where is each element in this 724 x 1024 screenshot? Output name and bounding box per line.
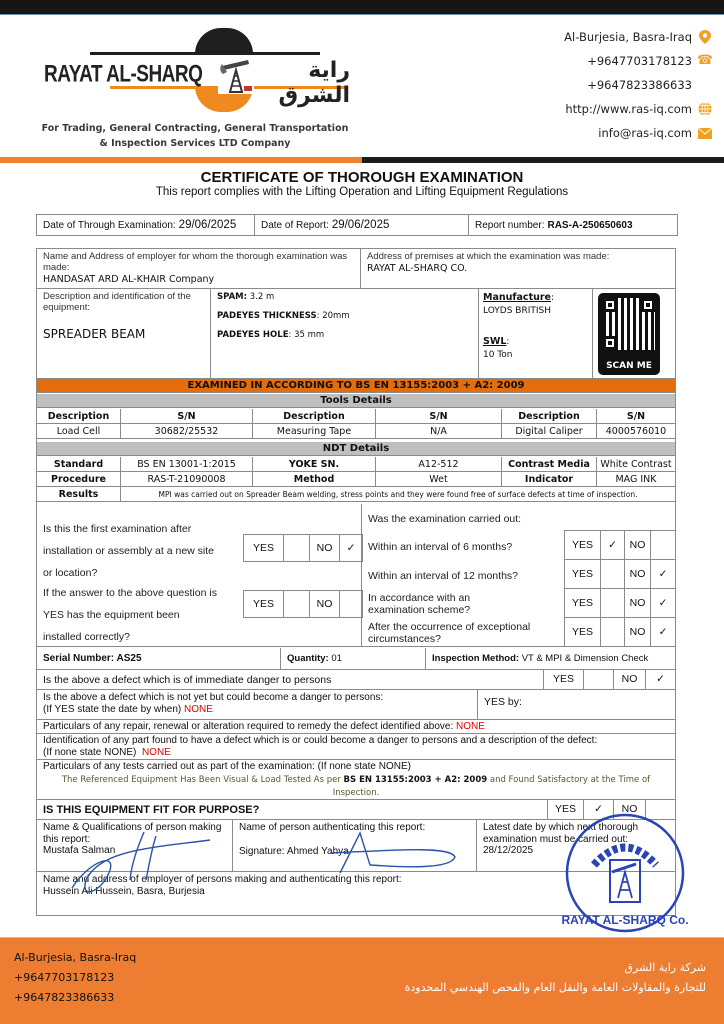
interval-question: After the occurrence of exceptional circ… (368, 621, 538, 645)
qr-cell: SCAN ME (593, 289, 675, 378)
employer-label: Name and Address of employer for whom th… (43, 251, 354, 273)
quantity-cell: Quantity: 01 (281, 648, 426, 669)
oil-rig-icon (218, 58, 254, 94)
serial-number: Serial Number: AS25 (37, 648, 281, 669)
yes-checkbox[interactable] (601, 618, 625, 646)
equipment-name: SPREADER BEAM (43, 327, 204, 341)
spam-spec: SPAM: 3.2 m (217, 292, 472, 302)
authenticator-cell: Name of person authenticating this repor… (233, 820, 477, 871)
website-link[interactable]: http://www.ras-iq.com (565, 99, 692, 119)
qr-code[interactable]: SCAN ME (598, 293, 660, 375)
quantity-value: 01 (331, 653, 342, 664)
phone-text: +9647823386633 (587, 75, 692, 95)
yes-checkbox[interactable] (601, 560, 625, 588)
header-divider (0, 157, 724, 163)
none-value: NONE (184, 704, 213, 715)
gear-icon (195, 28, 253, 54)
interval-questions: Was the examination carried out: Within … (361, 504, 675, 646)
future-danger-row: Is the above a defect which is not yet b… (37, 690, 675, 720)
no-checkbox[interactable]: ✓ (651, 589, 675, 617)
none-value: NONE (456, 721, 485, 732)
tagline-line: & Inspection Services LTD Company (30, 136, 360, 151)
table-row: Procedure RAS-T-21090008 Method Wet Indi… (37, 472, 675, 487)
inspection-method-cell: Inspection Method: VT & MPI & Dimension … (426, 648, 675, 669)
certificate-title: CERTIFICATE OF THOROUGH EXAMINATION (0, 169, 724, 186)
interval-yes-no: YES✓NO (564, 530, 675, 559)
no-checkbox[interactable]: ✓ (651, 618, 675, 646)
report-date-value: 29/06/2025 (332, 219, 390, 231)
exam-date-label: Date of Through Examination: (43, 220, 176, 231)
report-date-cell: Date of Report:29/06/2025 (255, 215, 469, 236)
maker-name: Mustafa Salman (43, 845, 226, 857)
q2-no-checkbox[interactable] (340, 591, 362, 617)
swl-label: SWL (483, 336, 506, 347)
repair-row: Particulars of any repair, renewal or al… (37, 720, 675, 734)
table-row: Load Cell 30682/25532 Measuring Tape N/A… (37, 424, 675, 439)
manufacture-value: LOYDS BRITISH (483, 306, 588, 316)
interval-question: In accordance with an examination scheme… (368, 592, 528, 616)
manufacture-cell: Manufacture: LOYDS BRITISH SWL: 10 Ton (479, 289, 593, 378)
employer-value: HANDASAT ARD AL-KHAIR Company (43, 274, 354, 285)
exam-date-cell: Date of Through Examination:29/06/2025 (37, 215, 255, 236)
yes-by-field: YES by: (477, 690, 675, 719)
q1-no-checkbox[interactable]: ✓ (340, 535, 362, 561)
q1-text: Is this the first examination after inst… (43, 518, 214, 584)
company-stamp-icon: RAYAT AL-SHARQ Co. (562, 810, 688, 936)
telephone-icon: ☎ (698, 54, 712, 68)
footer-phone: +9647823386633 (14, 988, 136, 1008)
employer-cell: Name and Address of employer for whom th… (37, 249, 361, 288)
installation-questions: Is this the first examination after inst… (37, 504, 361, 646)
footer-contact: Al-Burjesia, Basra-Iraq +9647703178123 +… (14, 948, 136, 1008)
examination-questions: Is this the first examination after inst… (37, 504, 675, 647)
globe-icon (698, 102, 712, 116)
immediate-danger-row: Is the above a defect which is of immedi… (37, 670, 675, 690)
yes-checkbox[interactable] (601, 589, 625, 617)
footer-arabic: شركة راية الشرق للتجارة والمقاولات العام… (405, 958, 706, 998)
footer-tagline-ar: للتجارة والمقاولات العامة والنقل العام و… (405, 978, 706, 998)
qr-code-icon (603, 298, 655, 350)
footer-company-ar: شركة راية الشرق (405, 958, 706, 978)
report-number-cell: Report number:RAS-A-250650603 (469, 215, 678, 236)
serial-row: Serial Number: AS25 Quantity: 01 Inspect… (37, 648, 675, 670)
q2-yes-no: YES NO (243, 590, 363, 618)
dates-table: Date of Through Examination:29/06/2025 D… (36, 214, 678, 236)
email-link[interactable]: info@ras-iq.com (598, 123, 692, 143)
premises-value: RAYAT AL-SHARQ CO. (367, 263, 669, 274)
phone-text: +9647703178123 (587, 51, 692, 71)
q1-yes-checkbox[interactable] (284, 535, 310, 561)
interval-question: Within an interval of 6 months? (368, 541, 512, 553)
tools-title: Tools Details (37, 394, 675, 408)
tools-table: Description S/N Description S/N Descript… (37, 409, 675, 439)
premises-label: Address of premises at which the examina… (367, 251, 669, 262)
exam-date-value: 29/06/2025 (179, 219, 237, 231)
footer-address: Al-Burjesia, Basra-Iraq (14, 948, 136, 968)
address-text: Al-Burjesia, Basra-Iraq (564, 27, 692, 47)
standard-band: EXAMINED IN ACCORDING TO BS EN 13155:200… (37, 379, 675, 393)
interval-question: Within an interval of 12 months? (368, 570, 518, 582)
results-row: Results MPI was carried out on Spreader … (37, 487, 675, 502)
table-row: Standard BS EN 13001-1:2015 YOKE SN. A12… (37, 457, 675, 472)
carried-out-label: Was the examination carried out: (368, 513, 521, 525)
location-pin-icon (698, 30, 712, 44)
footer: Al-Burjesia, Basra-Iraq +9647703178123 +… (0, 937, 724, 1024)
interval-yes-no: YESNO✓ (564, 617, 675, 646)
swl-value: 10 Ton (483, 350, 588, 360)
tools-header-row: Description S/N Description S/N Descript… (37, 409, 675, 424)
contact-info: Al-Burjesia, Basra-Iraq +9647703178123☎ … (564, 25, 712, 145)
yes-checkbox[interactable]: ✓ (601, 531, 625, 559)
tests-note: The Referenced Equipment Has Been Visual… (43, 774, 669, 800)
ndt-title: NDT Details (37, 442, 675, 456)
q2-text: If the answer to the above question is Y… (43, 582, 217, 648)
brand-name-ar: راية الشرق (260, 58, 350, 108)
equipment-specs-cell: SPAM: 3.2 m PADEYES THICKNESS: 20mm PADE… (211, 289, 479, 378)
employer-section: Name and Address of employer for whom th… (37, 249, 675, 289)
certificate-subtitle: This report complies with the Lifting Op… (0, 186, 724, 198)
identification-row: Identification of any part found to have… (37, 734, 675, 760)
report-number-label: Report number: (475, 220, 544, 231)
manufacture-label: Manufacture (483, 292, 551, 303)
report-number-value: RAS-A-250650603 (547, 220, 632, 231)
q1-yes-no: YES NO ✓ (243, 534, 363, 562)
ndt-table: Standard BS EN 13001-1:2015 YOKE SN. A12… (37, 457, 675, 502)
q2-yes-checkbox[interactable] (284, 591, 310, 617)
no-checkbox[interactable]: ✓ (651, 560, 675, 588)
equipment-section: Description and identification of the eq… (37, 289, 675, 379)
thickness-spec: PADEYES THICKNESS: 20mm (217, 311, 472, 321)
brand-name-en: RAYAT AL-SHARQ (44, 61, 202, 89)
top-bar (0, 0, 724, 15)
tagline-line: For Trading, General Contracting, Genera… (30, 121, 360, 136)
tests-row: Particulars of any tests carried out as … (37, 760, 675, 800)
report-maker-cell: Name & Qualifications of person making t… (37, 820, 233, 871)
hole-spec: PADEYES HOLE: 35 mm (217, 330, 472, 340)
interval-yes-no: YESNO✓ (564, 588, 675, 617)
interval-yes-no: YESNO✓ (564, 559, 675, 588)
danger-yes-checkbox[interactable] (583, 670, 613, 689)
premises-cell: Address of premises at which the examina… (361, 249, 675, 288)
company-tagline: For Trading, General Contracting, Genera… (30, 121, 360, 151)
authenticator-name: Signature: Ahmed Yahya (239, 846, 470, 858)
no-checkbox[interactable] (651, 531, 675, 559)
danger-no-checkbox[interactable]: ✓ (645, 670, 675, 689)
svg-text:RAYAT AL-SHARQ Co.: RAYAT AL-SHARQ Co. (562, 913, 688, 927)
report-date-label: Date of Report: (261, 220, 329, 231)
scan-me-label: SCAN ME (598, 361, 660, 371)
equipment-label: Description and identification of the eq… (43, 291, 204, 313)
envelope-icon (698, 126, 712, 140)
equipment-description-cell: Description and identification of the eq… (37, 289, 211, 378)
inspection-method-value: VT & MPI & Dimension Check (522, 653, 649, 664)
none-value: NONE (142, 747, 171, 758)
company-logo: RAYAT AL-SHARQ راية الشرق (40, 20, 350, 115)
footer-phone: +9647703178123 (14, 968, 136, 988)
